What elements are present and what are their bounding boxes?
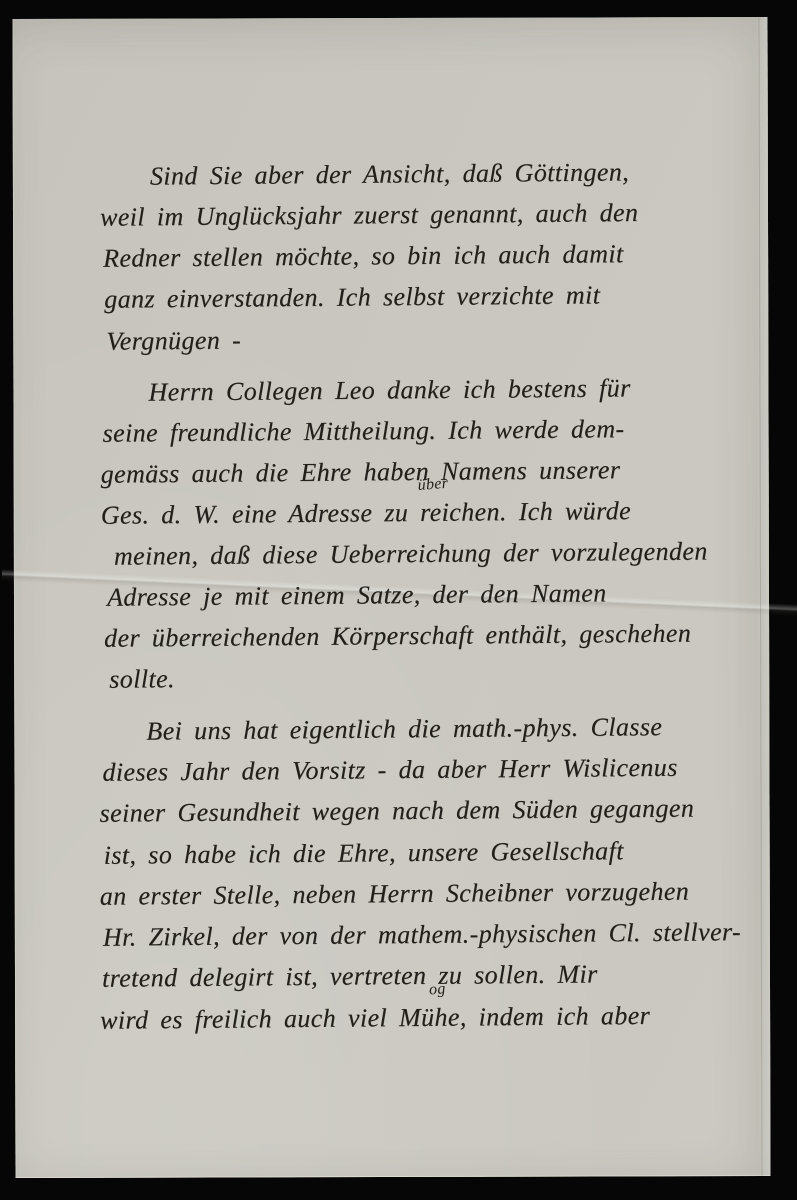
handwriting-line: tretend delegirt ist, vertreten zu solle…	[102, 956, 598, 996]
handwriting-line: ganz einverstanden. Ich selbst verzichte…	[104, 277, 600, 317]
handwriting-line: Adresse je mit einem Satze, der den Name…	[107, 575, 607, 615]
photo-background: Sind Sie aber der Ansicht, daß Göttingen…	[0, 0, 797, 1200]
handwriting-line: dieses Jahr den Vorsitz - da aber Herr W…	[102, 750, 678, 791]
handwriting-line: Herrn Collegen Leo danke ich bestens für	[148, 370, 630, 410]
handwriting-line: seine freundliche Mittheilung. Ich werde…	[102, 411, 624, 452]
handwriting-line: Hr. Zirkel, der von der mathem.-physisch…	[103, 914, 741, 956]
handwriting-line: Vergnügen -	[106, 323, 241, 360]
handwriting-line: sollte.	[109, 661, 175, 698]
letter-page: Sind Sie aber der Ansicht, daß Göttingen…	[12, 17, 770, 1178]
handwriting-line: Redner stellen möchte, so bin ich auch d…	[103, 236, 624, 277]
handwriting-line: Bei uns hat eigentlich die math.-phys. C…	[146, 709, 662, 750]
handwriting-line: wird es freilich auch viel Mühe, indem i…	[100, 998, 650, 1039]
handwriting-line: gemäss auch die Ehre haben Namens unsere…	[101, 452, 621, 493]
handwriting-line: ist, so habe ich die Ehre, unsere Gesell…	[104, 833, 624, 874]
handwriting-line: an erster Stelle, neben Herrn Scheibner …	[100, 874, 690, 915]
handwriting-line: seiner Gesundheit wegen nach dem Süden g…	[99, 791, 694, 832]
interlinear-insertion-ueber: über	[417, 475, 449, 495]
handwriting-line: Sind Sie aber der Ansicht, daß Göttingen…	[150, 154, 630, 194]
handwriting-line: der überreichenden Körperschaft enthält,…	[104, 616, 691, 657]
handwriting-line: meinen, daß diese Ueberreichung der vorz…	[114, 534, 708, 575]
handwriting-line: weil im Unglücksjahr zuerst genannt, auc…	[100, 195, 639, 236]
handwriting-line: Ges. d. W. eine Adresse zu reichen. Ich …	[101, 493, 632, 534]
interlinear-insertion-og: og	[428, 980, 446, 999]
underleaf-edge	[755, 17, 770, 1176]
